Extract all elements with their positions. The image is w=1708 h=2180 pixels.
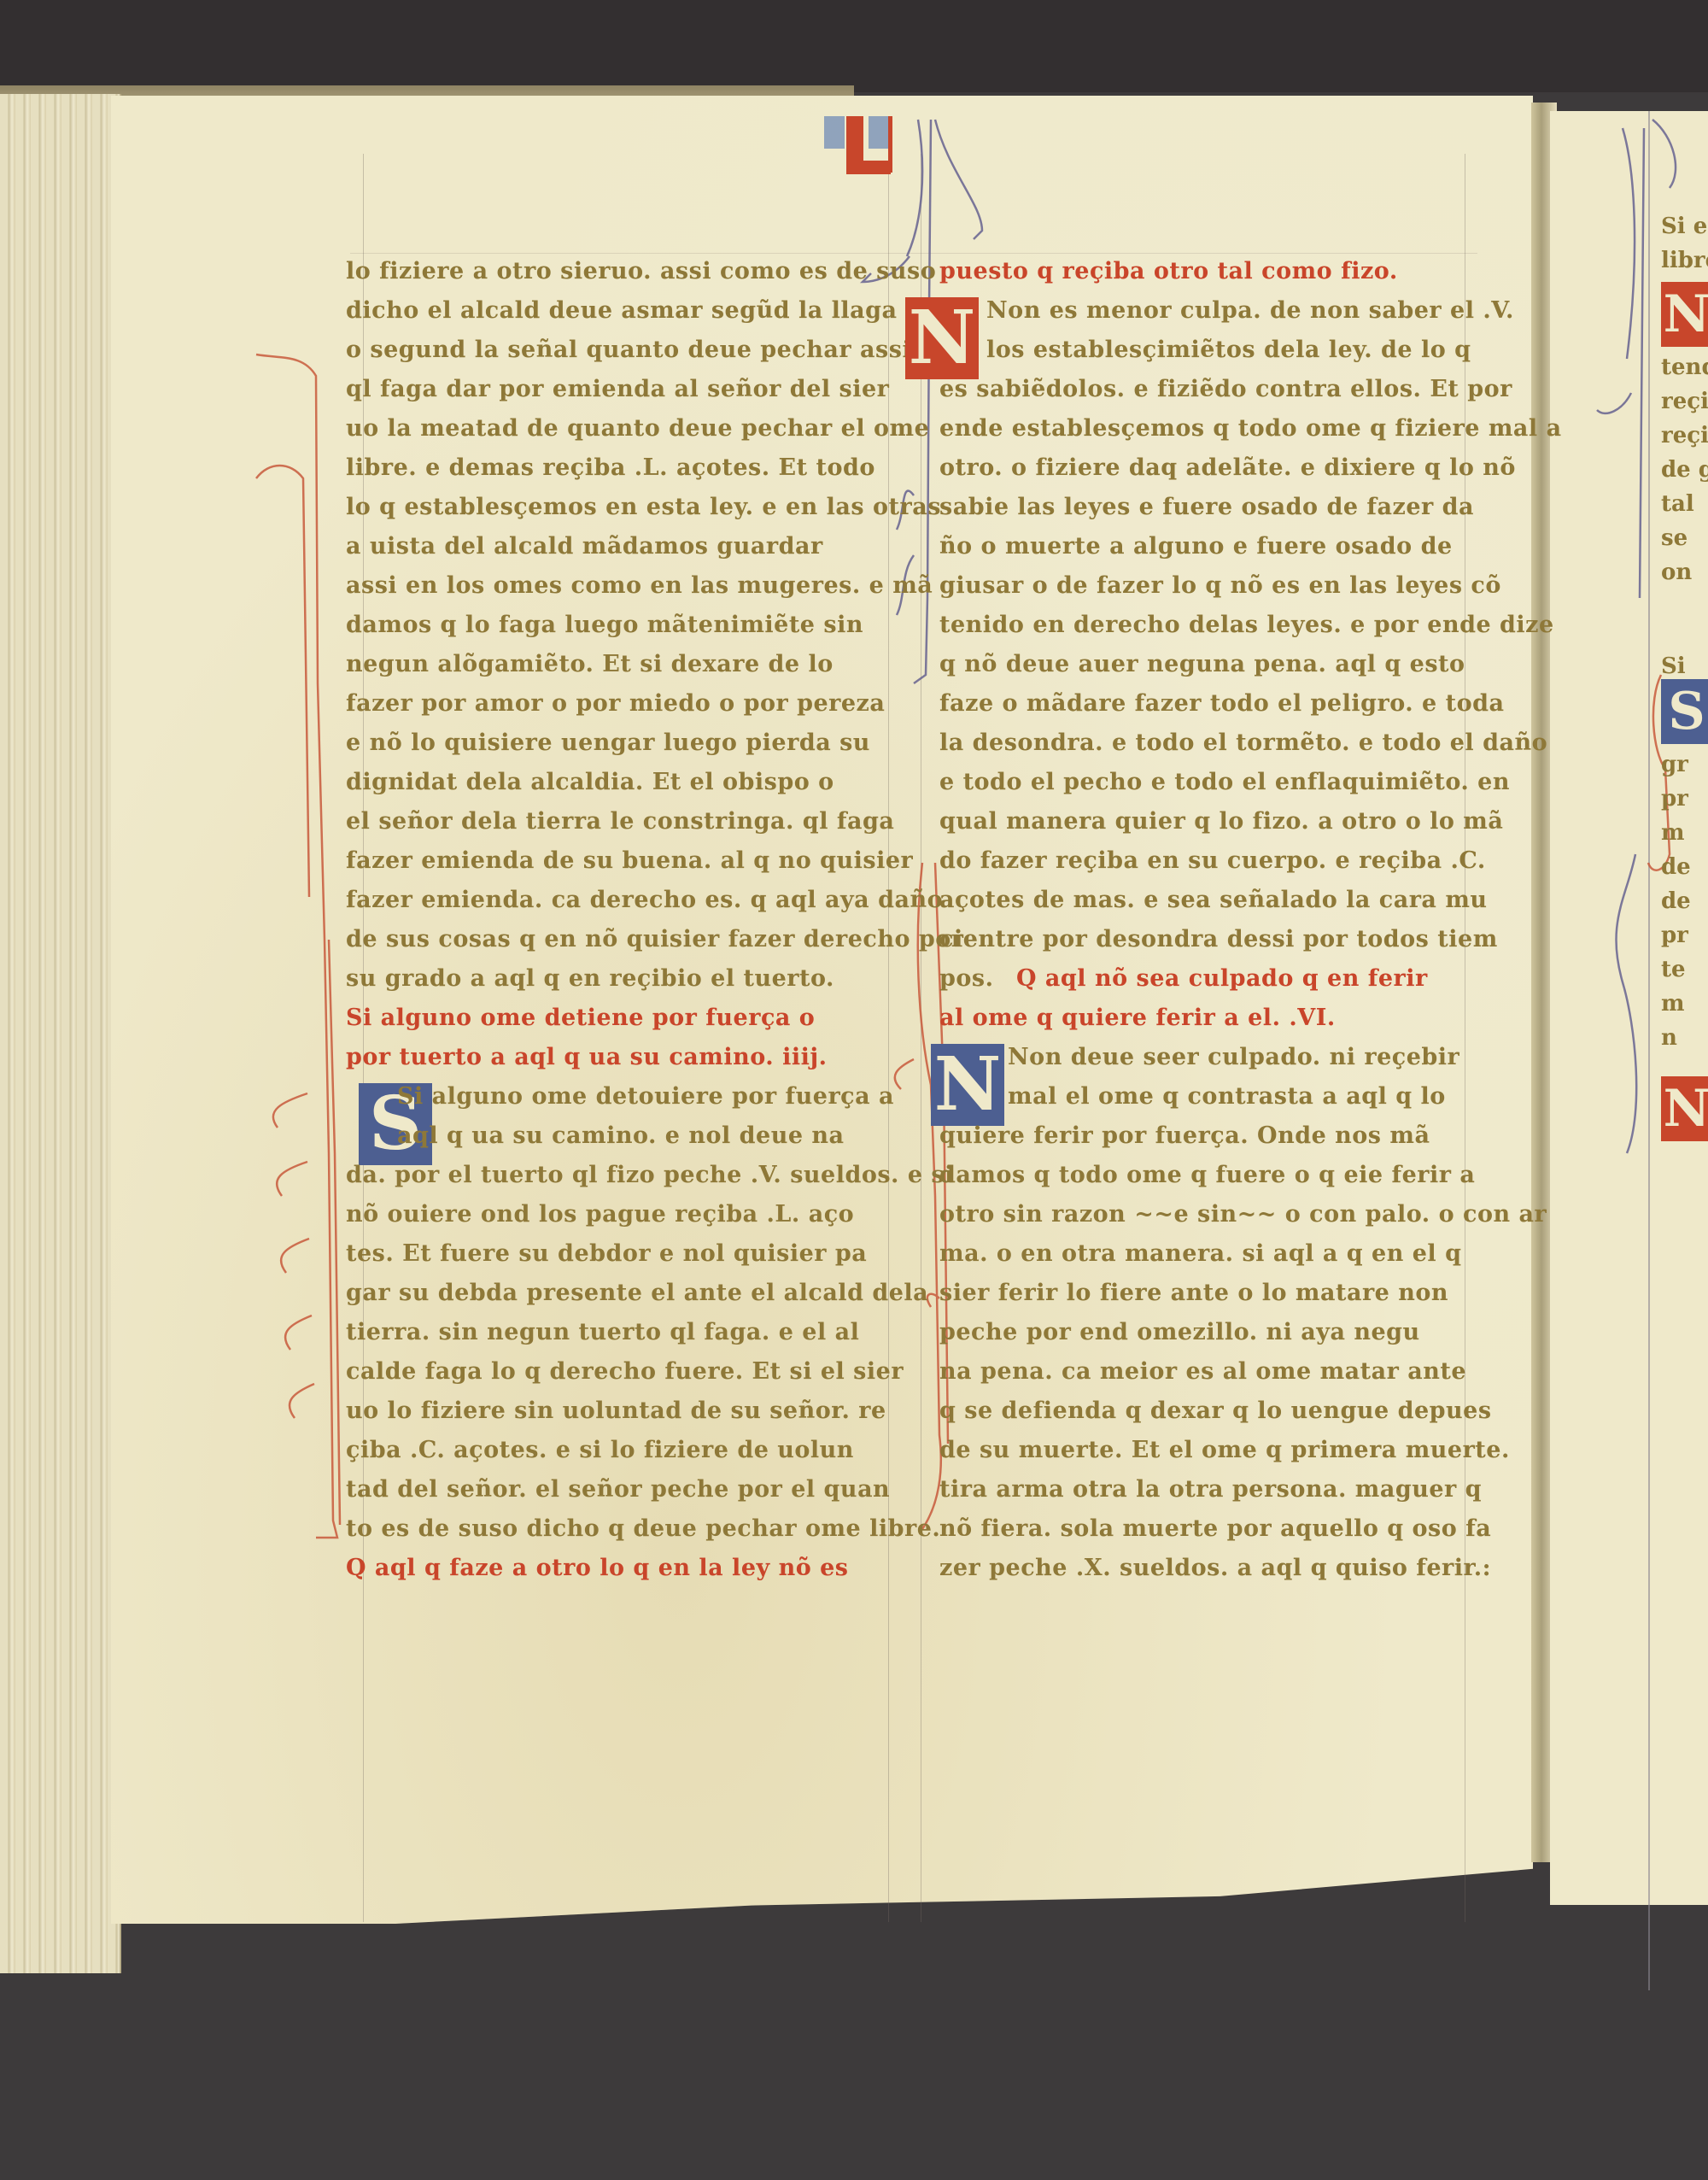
text-line: Non es menor culpa. de non saber el .V. <box>986 292 1514 330</box>
text-line: çiba .C. açotes. e si lo fiziere de uolu… <box>346 1432 854 1469</box>
rubric-heading: por tuerto a aql q ua su camino. iiij. <box>346 1039 828 1076</box>
text-line: ño o muerte a alguno e fuere osado de <box>939 528 1453 566</box>
fragment-line: se <box>1661 525 1688 551</box>
text-line: uo la meatad de quanto deue pechar el om… <box>346 410 929 448</box>
text-line: dicho el alcald deue asmar segũd la llag… <box>346 292 898 330</box>
text-line: da. por el tuerto ql fizo peche .V. suel… <box>346 1157 954 1194</box>
fragment-line: gr <box>1661 752 1688 777</box>
text-line: q nõ deue auer neguna pena. aql q esto <box>939 646 1465 683</box>
text-line: e todo el pecho e todo el enflaquimiẽto.… <box>939 764 1510 801</box>
text-line: nõ ouiere ond los pague reçiba .L. aço <box>346 1196 854 1234</box>
text-line: tad del señor. el señor peche por el qua… <box>346 1471 890 1509</box>
fragment-line: m <box>1661 820 1685 846</box>
text-line: dignidat dela alcaldia. Et el obispo o <box>346 764 834 801</box>
text-line: fazer emienda de su buena. al q no quisi… <box>346 842 913 880</box>
text-line: ql faga dar por emienda al señor del sie… <box>346 371 889 408</box>
rubric-heading: puesto q reçiba otro tal como fizo. <box>939 253 1398 290</box>
text-line: na pena. ca meior es al ome matar ante <box>939 1353 1466 1391</box>
text-line: fazer emienda. ca derecho es. q aql aya … <box>346 882 943 919</box>
text-line-with-correction: otro sin razon ~~e sin~~ o con palo. o c… <box>939 1196 1547 1234</box>
right-text-column: puesto q reçiba otro tal como fizo. N No… <box>939 253 1503 1585</box>
text-line: de su muerte. Et el ome q primera muerte… <box>939 1432 1510 1469</box>
left-text-column: lo fiziere a otro sieruo. assi como es d… <box>346 253 910 1585</box>
text-line: Si alguno ome detouiere por fuerça a <box>397 1078 894 1116</box>
rubric-heading: Q aql q faze a otro lo q en la ley nõ es <box>346 1550 849 1587</box>
text-line: uo lo fiziere sin uoluntad de su señor. … <box>346 1392 886 1430</box>
facing-page-fragments: Si el libre N tend reçib reçib de g tal … <box>1661 214 1708 1751</box>
rubric-heading: al ome q quiere ferir a el. .VI. <box>939 999 1336 1037</box>
text-line: negun alõgamiẽto. Et si dexare de lo <box>346 646 834 683</box>
fragment-line: te <box>1661 957 1686 982</box>
text-line: do fazer reçiba en su cuerpo. e reçiba .… <box>939 842 1486 880</box>
text-line: es sabiẽdolos. e fiziẽdo contra ellos. E… <box>939 371 1512 408</box>
text-line: lo fiziere a otro sieruo. assi como es d… <box>346 253 936 290</box>
text-line: otro. o fiziere daq adelãte. e dixiere q… <box>939 449 1516 487</box>
text-line: a uista del alcald mãdamos guardar <box>346 528 823 566</box>
text-line: el señor dela tierra le constringa. ql f… <box>346 803 894 841</box>
fragment-line: Si <box>1661 653 1686 679</box>
facing-initial-n: N <box>1661 282 1708 347</box>
text-line: e nõ lo quisiere uengar luego pierda su <box>346 724 870 762</box>
illuminated-initial-n: N <box>905 297 979 379</box>
fragment-line: pr <box>1661 786 1688 812</box>
text-line: de sus cosas q en nõ quisier fazer derec… <box>346 921 963 958</box>
text-line: libre. e demas reçiba .L. açotes. Et tod… <box>346 449 875 487</box>
fragment-line: on <box>1661 560 1692 585</box>
text-line: aql q ua su camino. e nol deue na <box>397 1117 845 1155</box>
text-line: tes. Et fuere su debdor e nol quisier pa <box>346 1235 867 1273</box>
text-line: tira arma otra la otra persona. maguer q <box>939 1471 1482 1509</box>
fragment-line: de <box>1661 888 1691 914</box>
text-line: assi en los omes como en las mugeres. e … <box>346 567 933 605</box>
fragment-line: libre <box>1661 248 1708 273</box>
facing-initial-n-lower: N <box>1661 1076 1708 1141</box>
illuminated-initial-n-blue: N <box>931 1044 1004 1126</box>
text-line: to es de suso dicho q deue pechar ome li… <box>346 1510 940 1548</box>
text-line: tierra. sin negun tuerto ql faga. e el a… <box>346 1314 859 1351</box>
fragment-line: m <box>1661 991 1685 1017</box>
text-line: nõ fiera. sola muerte por aquello q oso … <box>939 1510 1491 1548</box>
fragment-line: pr <box>1661 923 1688 948</box>
text-line: lo q establesçemos en esta ley. e en las… <box>346 489 941 526</box>
text-line: qual manera quier q lo fizo. a otro o lo… <box>939 803 1503 841</box>
fragment-line: reçib <box>1661 423 1708 448</box>
fragment-line: tal <box>1661 491 1694 517</box>
text-line: damos q lo faga luego mãtenimiẽte sin <box>346 607 863 644</box>
text-line: faze o mãdare fazer todo el peligro. e t… <box>939 685 1504 723</box>
text-line: fazer por amor o por miedo o por pereza <box>346 685 885 723</box>
text-line: tenido en derecho delas leyes. e por end… <box>939 607 1554 644</box>
fragment-line: Si el <box>1661 214 1708 239</box>
text-line: su grado a aql q en reçibio el tuerto. <box>346 960 834 998</box>
text-line: gar su debda presente el ante el alcald … <box>346 1275 928 1312</box>
rubric-heading: Q aql nõ sea culpado q en ferir <box>1016 960 1428 998</box>
facing-initial-s: S <box>1661 679 1708 744</box>
text-line: giusar o de fazer lo q nõ es en las leye… <box>939 567 1501 605</box>
rubric-heading: Si alguno ome detiene por fuerça o <box>346 999 815 1037</box>
text-line: quiere ferir por fuerça. Onde nos mã <box>939 1117 1430 1155</box>
text-line: zer peche .X. sueldos. a aql q quiso fer… <box>939 1550 1491 1587</box>
text-line: Non deue seer culpado. ni reçebir <box>1008 1039 1459 1076</box>
text-line: q se defienda q dexar q lo uengue depues <box>939 1392 1492 1430</box>
text-line: damos q todo ome q fuere o q eie ferir a <box>939 1157 1475 1194</box>
text-line: pos. <box>939 960 994 998</box>
text-line: calde faga lo q derecho fuere. Et si el … <box>346 1353 904 1391</box>
text-line: peche por end omezillo. ni aya negu <box>939 1314 1420 1351</box>
text-line: açotes de mas. e sea señalado la cara mu <box>939 882 1488 919</box>
text-line: sabie las leyes e fuere osado de fazer d… <box>939 489 1474 526</box>
fragment-line: reçib <box>1661 389 1708 414</box>
fragment-line: tend <box>1661 355 1708 380</box>
text-line: la desondra. e todo el tormẽto. e todo e… <box>939 724 1547 762</box>
fragment-line: de g <box>1661 457 1708 483</box>
text-line: ende establesçemos q todo ome q fiziere … <box>939 410 1562 448</box>
text-line: o segund la señal quanto deue pechar ass… <box>346 331 911 369</box>
text-line: sier ferir lo fiere ante o lo matare non <box>939 1275 1448 1312</box>
text-line: cientre por desondra dessi por todos tie… <box>939 921 1498 958</box>
text-line: los establesçimiẽtos dela ley. de lo q <box>986 331 1471 369</box>
fragment-line: n <box>1661 1025 1677 1051</box>
fragment-line: de <box>1661 854 1691 880</box>
text-line: mal el ome q contrasta a aql q lo <box>1008 1078 1446 1116</box>
text-line: ma. o en otra manera. si aql a q en el q <box>939 1235 1461 1273</box>
